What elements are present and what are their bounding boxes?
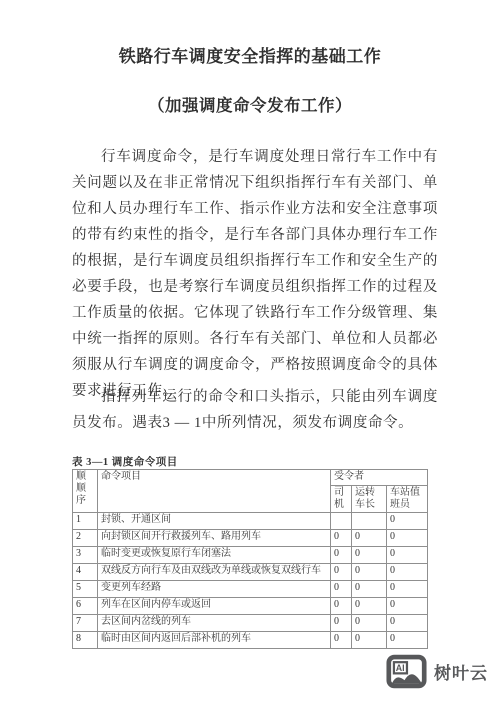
cell-item: 双线反方向行车及由双线改为单线或恢复双线行车 <box>98 564 331 581</box>
cell-item: 临时由区间内返回后部补机的列车 <box>98 632 331 649</box>
cell-driver: 0 <box>331 632 352 649</box>
cell-driver <box>331 513 352 530</box>
page-subtitle: （加强调度命令发布工作） <box>0 92 500 116</box>
column-header-train-conductor: 运转车长 <box>352 486 387 513</box>
cell-conductor: 0 <box>352 598 387 615</box>
table-row: 2 向封锁区间开行救援列车、路用列车 0 0 0 <box>73 530 428 547</box>
cell-conductor: 0 <box>352 632 387 649</box>
body-paragraph-2: 指挥列车运行的命令和口头指示，只能由列车调度员发布。遇表3 — 1中所列情况，须… <box>72 384 438 436</box>
document-page: 铁路行车调度安全指挥的基础工作 （加强调度命令发布工作） 行车调度命令，是行车调… <box>0 0 500 707</box>
cell-driver: 0 <box>331 564 352 581</box>
cell-seq: 8 <box>73 632 98 649</box>
cell-station: 0 <box>387 598 428 615</box>
column-header-receiver-group: 受令者 <box>331 470 428 486</box>
table-row: 7 去区间内岔线的列车 0 0 0 <box>73 615 428 632</box>
column-header-station-attendant: 车站值班员 <box>387 486 428 513</box>
cell-driver: 0 <box>331 615 352 632</box>
cell-conductor: 0 <box>352 530 387 547</box>
watermark-icon-label: AI <box>396 663 405 673</box>
page-title: 铁路行车调度安全指挥的基础工作 <box>0 42 500 67</box>
cell-driver: 0 <box>331 581 352 598</box>
table-row: 8 临时由区间内返回后部补机的列车 0 0 0 <box>73 632 428 649</box>
cell-station: 0 <box>387 513 428 530</box>
cell-seq: 4 <box>73 564 98 581</box>
table-row: 4 双线反方向行车及由双线改为单线或恢复双线行车 0 0 0 <box>73 564 428 581</box>
cell-seq: 6 <box>73 598 98 615</box>
cell-station: 0 <box>387 615 428 632</box>
cell-item: 列车在区间内停车或返回 <box>98 598 331 615</box>
cell-seq: 2 <box>73 530 98 547</box>
dispatch-command-table: 顺 顺 序 命令项目 受令者 司机 运转车长 车站值班员 1 封锁、开通区间 0… <box>72 469 428 649</box>
cell-item: 临时变更或恢复原行车闭塞法 <box>98 547 331 564</box>
column-header-driver: 司机 <box>331 486 352 513</box>
table-row: 5 变更列车经路 0 0 0 <box>73 581 428 598</box>
column-header-command-item: 命令项目 <box>98 470 331 513</box>
cell-station: 0 <box>387 632 428 649</box>
cell-item: 向封锁区间开行救援列车、路用列车 <box>98 530 331 547</box>
cell-seq: 3 <box>73 547 98 564</box>
cell-driver: 0 <box>331 530 352 547</box>
cell-conductor: 0 <box>352 615 387 632</box>
cell-conductor: 0 <box>352 547 387 564</box>
cell-item: 去区间内岔线的列车 <box>98 615 331 632</box>
ai-image-logo-icon: AI <box>386 654 427 689</box>
table-row: 1 封锁、开通区间 0 <box>73 513 428 530</box>
cell-conductor <box>352 513 387 530</box>
cell-conductor: 0 <box>352 581 387 598</box>
cell-seq: 7 <box>73 615 98 632</box>
body-paragraph-1: 行车调度命令，是行车调度处理日常行车工作中有关问题以及在非正常情况下组织指挥行车… <box>72 144 438 404</box>
column-header-sequence: 顺 顺 序 <box>73 470 98 513</box>
cell-station: 0 <box>387 564 428 581</box>
cell-driver: 0 <box>331 598 352 615</box>
cell-station: 0 <box>387 530 428 547</box>
cell-seq: 1 <box>73 513 98 530</box>
cell-conductor: 0 <box>352 564 387 581</box>
table-caption: 表 3—1 调度命令项目 <box>72 454 178 469</box>
cell-item: 变更列车经路 <box>98 581 331 598</box>
watermark-brand-text: 树叶云 <box>434 659 488 684</box>
table-row: 3 临时变更或恢复原行车闭塞法 0 0 0 <box>73 547 428 564</box>
watermark: AI 树叶云 <box>386 654 488 689</box>
cell-item: 封锁、开通区间 <box>98 513 331 530</box>
table-row: 6 列车在区间内停车或返回 0 0 0 <box>73 598 428 615</box>
cell-station: 0 <box>387 547 428 564</box>
cell-seq: 5 <box>73 581 98 598</box>
cell-driver: 0 <box>331 547 352 564</box>
cell-station: 0 <box>387 581 428 598</box>
